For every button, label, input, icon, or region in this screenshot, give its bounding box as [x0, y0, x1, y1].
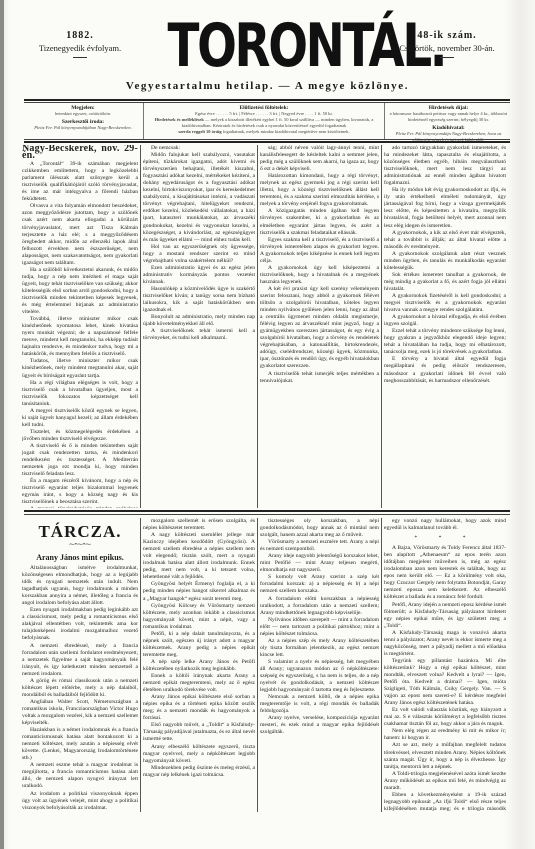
paragraph: A gyakornokok, a kik az első évet már el… — [384, 230, 506, 251]
volume-label: Tizenegyedik évfolyam. — [25, 43, 135, 53]
paragraph: Én a magam részéről kívánom, hogy a nép … — [22, 478, 138, 506]
deadline-text: fogadtatnak, melyek mindaz kiadóhivatal … — [223, 129, 350, 134]
column-divider — [257, 145, 258, 508]
publication-year: 1882. — [25, 30, 135, 41]
paragraph: A nép szép lelke Arany János és Petőfi k… — [143, 659, 255, 673]
paragraph: A forradalom előtti korszakban a népiess… — [260, 596, 379, 617]
paragraph: Nyilvános időben szerepelt — mint a forr… — [260, 617, 379, 638]
paragraph: Petőfi, ki a nép dalait tanulmányozta, é… — [143, 631, 255, 659]
paragraph: A nemzeti ébredéssel, mely a francia for… — [22, 643, 138, 678]
paragraph: A gyakornokok fizetéséről is kell gondos… — [384, 293, 506, 314]
paragraph: Ebben a következményeként a 19-ik század… — [384, 792, 506, 812]
lead-headline: Nagy-Becskerek, nov. 29-én. — [22, 145, 138, 159]
appears-info: Megjelen: hetenkint egyszer, csütörtökön… — [24, 103, 142, 139]
newspaper-page: 1882. Tizenegyedik évfolyam. TORONTÁL. 4… — [0, 0, 535, 849]
paragraph: Továbbá, illetve miniszter mikor csak ki… — [22, 316, 138, 358]
paragraph: Gyöngyösi Kölcsey és Vörösmarty nemzeti … — [143, 603, 255, 631]
paragraph: A tisztviselőknek tehát ismerni kell a t… — [143, 328, 255, 342]
paragraph: Arany elbeszélő költészete egyszerű, tis… — [143, 744, 255, 765]
feuilleton-headline: Arany János mint epikus. — [15, 553, 145, 562]
feuilleton-column-4: egy vonzó nagy hullámokat, hogy azok min… — [384, 518, 506, 812]
tagline: Vegyestartalmu hetilap. — A megye közlön… — [0, 80, 535, 92]
lead-article-column-3: ság; abból néven valóit lagy-ánnyi tenni… — [260, 145, 379, 508]
paragraph: A görög és római classikusok után a nemz… — [22, 678, 138, 699]
divider — [440, 57, 454, 58]
lead-article-column-2: De nemcsak: Midőn falujukat kell szabály… — [143, 145, 255, 508]
column-divider — [381, 145, 382, 508]
feuilleton-rule — [24, 510, 510, 512]
paragraph: Általánosságban ismétve irodalmunkat, kö… — [22, 565, 138, 607]
paragraph: A közigazgatás minden ágában kell legyen… — [260, 208, 379, 236]
feuilleton-column-1: Általánosságban ismétve irodalmunkat, kö… — [22, 565, 138, 812]
paragraph: Ezen nyugati irodalmakban pedig leginkáb… — [22, 607, 138, 642]
ad-prices-info: Hirdetések díjai: a háromszor hasábozott… — [387, 103, 510, 139]
paragraph: A gyakornokok úgy kell kiképeztetni a ti… — [260, 265, 379, 286]
paragraph: Midőn falujukat kell szabályozni, vasuta… — [143, 152, 255, 244]
ad-prices-text: a háromszor hasábozott petitsor vagy ann… — [387, 111, 510, 123]
paragraph: A gyakornokok szolgálatuk alatt részt ve… — [384, 251, 506, 272]
paragraph: Azt se azt, mely a műfajban megfelelt tu… — [384, 742, 506, 770]
paragraph: mozgalom szellemét is erősen szolgálta, … — [143, 518, 255, 532]
paragraph: Hasonlókép a közmivelődés ügye is szakér… — [143, 286, 255, 314]
paragraph: ság; abból néven valóit lagy-ánnyi tenni… — [260, 145, 379, 173]
paragraph: Vörösmarty a nemzeti eszmére tett. Arany… — [260, 539, 379, 553]
paragraph: ado tartozó tárgyakban gyakorlati ismere… — [384, 145, 506, 187]
masthead: 1882. Tizenegyedik évfolyam. TORONTÁL. 4… — [0, 0, 535, 100]
column-divider — [140, 145, 141, 508]
ads-heading: Hirdetések és melléklések — [155, 117, 204, 122]
column-divider — [257, 518, 258, 812]
paragraph: E törvény a hivatal által egyedül fogja … — [384, 356, 506, 384]
paragraph: Ennek a költői iránynak akarta Arany a n… — [143, 673, 255, 694]
feuilleton-column-2: mozgalom szellemét is erősen szolgálta, … — [143, 518, 255, 812]
feuilleton-section-title: TÁRCZA. — [30, 522, 130, 542]
subscription-terms: Előfizetési föltételek: Egész évre . . .… — [146, 103, 382, 139]
feuilleton-column-3: tisztességes oly korszakban, a népi gond… — [260, 518, 379, 812]
paragraph: De nemcsak: — [143, 145, 255, 152]
paragraph: A „Torontál“ 39-ik számában megjelent cz… — [22, 161, 138, 203]
paragraph: Tisztelet, és közmegelégedés érdekében a… — [22, 429, 138, 443]
masthead-left: 1882. Tizenegyedik évfolyam. — [25, 30, 135, 58]
paragraph: Az a népies szép és mely Arany költészet… — [260, 638, 379, 659]
rule-thin — [24, 139, 510, 140]
divider — [384, 103, 385, 139]
editorial-office-text: Pleitz Fer. Pál könyvnyomdájában Nagy-Be… — [24, 125, 142, 131]
paragraph: Gyöngyösi helyét Érmenyi foglalja el, a … — [143, 581, 255, 602]
paragraph: A tisztviselő és ő is minden tekintetben… — [22, 443, 138, 478]
paragraph: A nagy költészeti szemlélet jellege már … — [143, 532, 255, 581]
paragraph: Bonyolult az administratio, mely minden … — [143, 314, 255, 328]
paragraph: Ez volt valódi választás köztünk, egy hi… — [384, 707, 506, 728]
paragraph: Nemcsak a nemzeti költő, de a népies epi… — [260, 694, 379, 715]
paragraph: Az irodalom a politikai viszonyoknak épp… — [22, 791, 138, 812]
newspaper-title: TORONTÁL. — [168, 14, 363, 78]
issue-number: 48-ik szám. — [382, 30, 512, 41]
paragraph: A gyakornokot a hivatal elfogadja, és el… — [384, 314, 506, 328]
paragraph: A két évi praxist úgy kell szerény vélem… — [260, 286, 379, 371]
paragraph: A Toldi-trilogia megjelenésével azóta is… — [384, 771, 506, 792]
paragraph: Első nagyobb művét, a „Toldit“ a Kisfalu… — [143, 722, 255, 743]
paragraph: S valamint a nyelv és népiesség, hét meg… — [260, 659, 379, 694]
paragraph: Arany János epikai költészete első sorba… — [143, 694, 255, 722]
paragraph: Petőfi, Arany idején a nemzeti eposz kér… — [384, 602, 506, 630]
deadline-bold: szerda reggeli 10 óráig — [178, 129, 221, 134]
paragraph: Határozottan kimondani, hogy a régi törv… — [260, 173, 379, 208]
paragraph: Hazánkban is a német irodalomnak és a fr… — [22, 727, 138, 762]
section-stars-divider: * * * — [384, 535, 506, 542]
lead-article-column-4: ado tartozó tárgyakban gyakorlati ismere… — [384, 145, 506, 508]
paragraph: tisztességes oly korszakban, a népi gond… — [260, 518, 379, 539]
paragraph: A Bajza, Vörösmarty és Toldy Ferencz ált… — [384, 545, 506, 601]
paragraph: Egyes szakma kell a tisztviselő, és a ti… — [260, 237, 379, 265]
masthead-right: 48-ik szám. Csütörtök, november 30-án. — [382, 30, 512, 58]
rule-thick — [24, 141, 510, 143]
ornament-divider: ⁓•⁓•⁓ — [55, 542, 105, 548]
feuilleton-rule — [24, 514, 510, 515]
divider — [143, 103, 144, 139]
paragraph: Mindezekben pedig őszinte és meleg érzés… — [143, 765, 255, 779]
appears-text: hetenkint egyszer, csütörtökön. — [24, 111, 142, 117]
column-divider — [381, 518, 382, 812]
paragraph: Ezen administratio ügyei és az egész jel… — [143, 265, 255, 286]
paragraph: egy vonzó nagy hullámokat, hogy azok min… — [384, 518, 506, 532]
paragraph: Ha ily módon két évig gyakornoskodott az… — [384, 187, 506, 229]
issue-date: Csütörtök, november 30-án. — [382, 43, 512, 53]
subscription-info-box: Megjelen: hetenkint egyszer, csütörtökön… — [24, 103, 510, 139]
ads-text: — melyek a kiszabott illetékért egyhet 1… — [182, 117, 374, 128]
paragraph: Ha a régi világban elégséges is volt, ho… — [22, 380, 138, 408]
paragraph: Hol van az egyszerűségnek oly ügyessége,… — [143, 244, 255, 265]
paragraph: Angliában Walter Scott, Németországban a… — [22, 699, 138, 727]
paragraph: Tudatos, illetve miniszter mikor csak ki… — [22, 358, 138, 379]
paragraph: Olvasva a vita folyamán elmondott beszéd… — [22, 203, 138, 266]
divider — [73, 57, 87, 58]
paragraph: Tegyünk egy pillantást hazánkra. Mi élte… — [384, 658, 506, 707]
paragraph: S komoly volt Arany szerint a szép két f… — [260, 574, 379, 595]
paragraph: Sok értékes ismeretet tanulhat a gyakorn… — [384, 272, 506, 293]
paragraph: A megyei törvényhatóság minden nyilvános… — [22, 506, 138, 508]
paragraph: A megyei tisztviselők közül egynek se le… — [22, 408, 138, 429]
lead-article-column: Nagy-Becskerek, nov. 29-én. A „Torontál“… — [22, 145, 138, 508]
paragraph: A Kisfaludy-Társaság maga is vonzóvá aka… — [384, 630, 506, 658]
paragraph: Arany nyelve, verselése, kompozíciója eg… — [260, 715, 379, 736]
paragraph: A tisztviselők tehát ismerjék teljes mér… — [260, 371, 379, 385]
rule-thick — [24, 99, 510, 101]
paragraph: Ezzel tehát a törvény mindenre szüksége … — [384, 328, 506, 356]
paragraph: Nem elég régen az eredmény ki mit és mik… — [384, 728, 506, 742]
paragraph: A nemzeti eszme tehát a magyar irodalmat… — [22, 762, 138, 790]
page-binding-edge — [0, 0, 4, 849]
paragraph: Ha a szülőből következtetni akarunk, és … — [22, 267, 138, 316]
paragraph: Arany ideje nagyobb jelentőségű korszako… — [260, 553, 379, 574]
column-divider — [140, 518, 141, 812]
